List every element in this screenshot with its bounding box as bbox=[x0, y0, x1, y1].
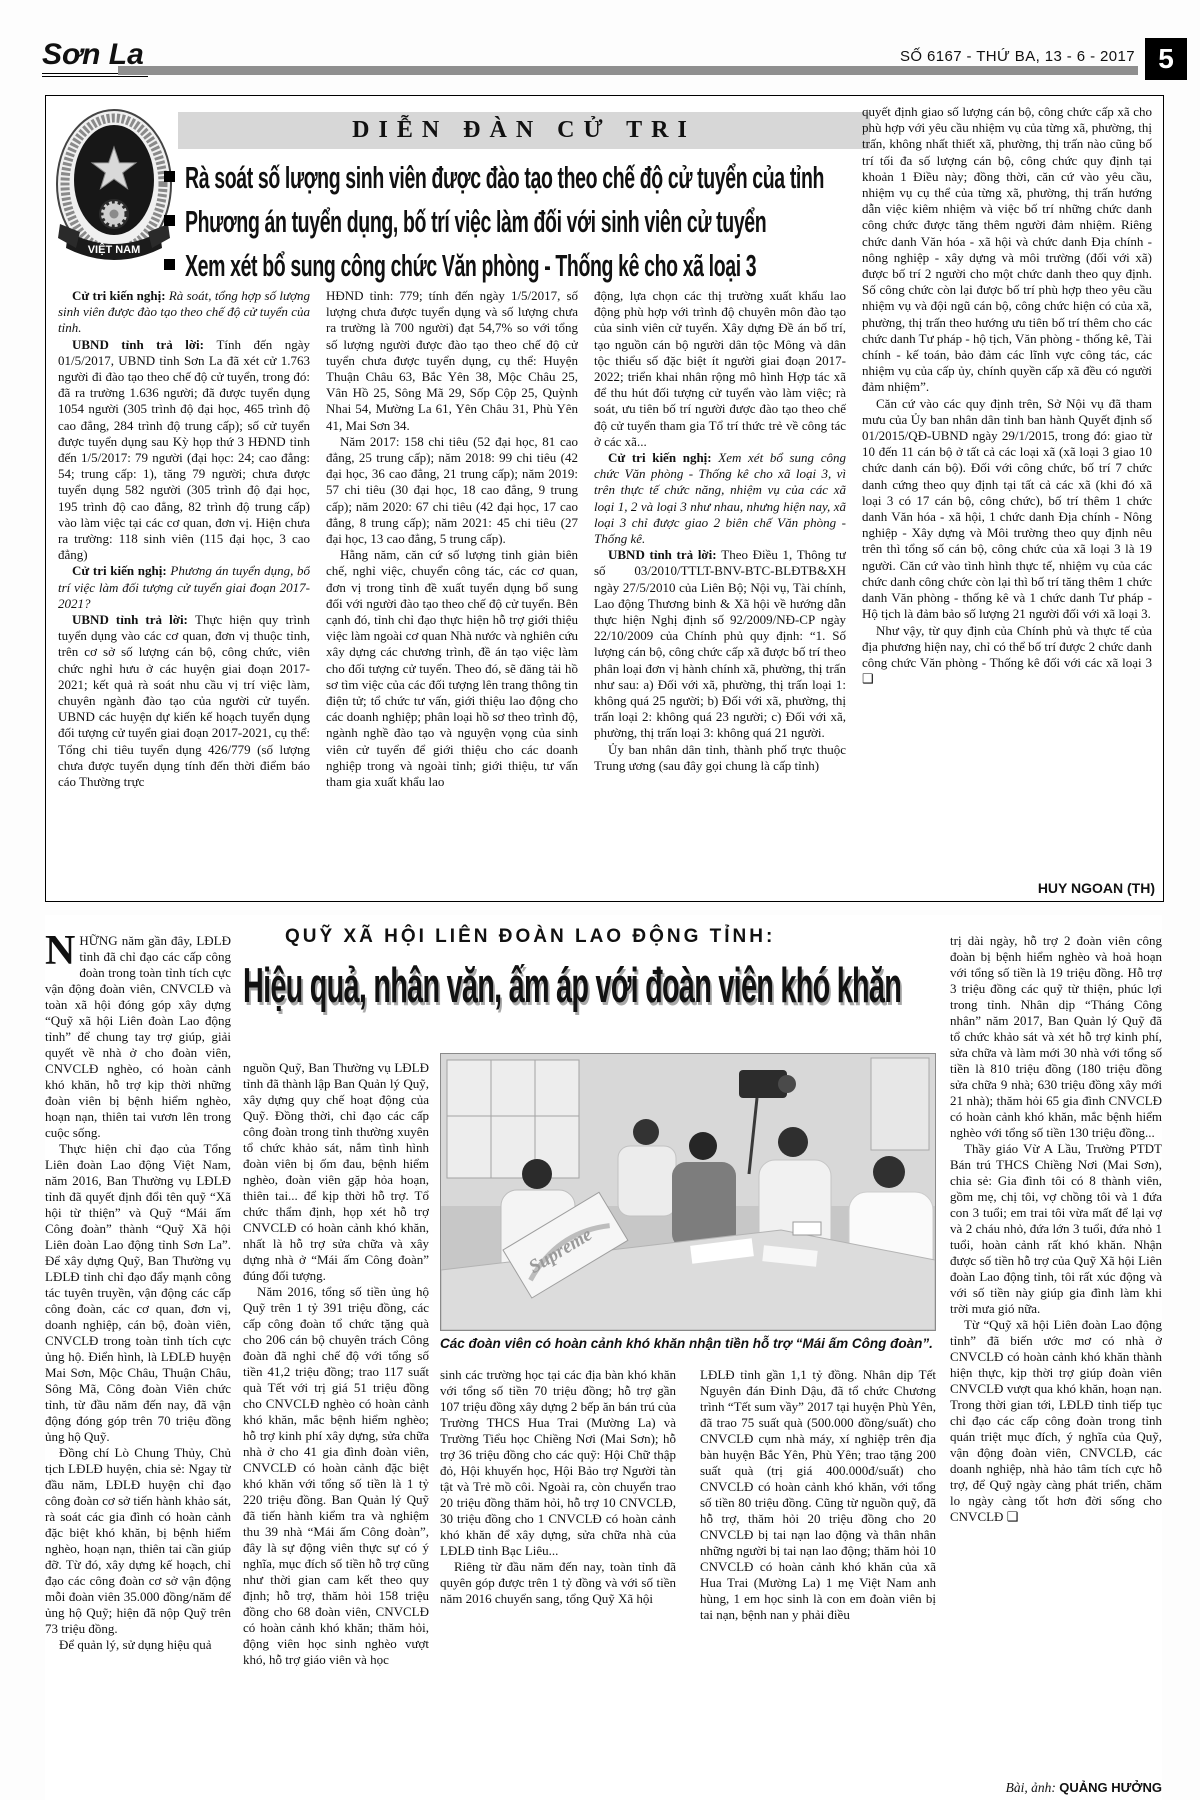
bullet-square-icon bbox=[164, 171, 175, 182]
article2-kicker: QUỸ XÃ HỘI LIÊN ĐOÀN LAO ĐỘNG TỈNH: bbox=[285, 925, 775, 949]
paragraph: trị dài ngày, hỗ trợ 2 đoàn viên công đo… bbox=[950, 933, 1162, 1141]
article2-column-e: trị dài ngày, hỗ trợ 2 đoàn viên công đo… bbox=[950, 933, 1162, 1793]
article2-headline-text: Hiệu quả, nhân văn, ấm áp với đoàn viên … bbox=[243, 947, 901, 1025]
paragraph-text: Hằng năm, căn cứ số lượng tinh giản biên… bbox=[326, 547, 578, 789]
paragraph: Năm 2016, tổng số tiền ủng hộ Quỹ trên 1… bbox=[243, 1284, 429, 1668]
paragraph-text: Đồng chí Lò Chung Thủy, Chủ tịch LĐLĐ hu… bbox=[45, 1445, 231, 1636]
article2-photo: Supreme bbox=[440, 1053, 936, 1331]
paragraph: Năm 2017: 158 chi tiêu (52 đại học, 81 c… bbox=[326, 434, 578, 547]
paragraph: Thầy giáo Vừ A Lầu, Trường PTDT Bán trú … bbox=[950, 1141, 1162, 1317]
paragraph: LĐLĐ tỉnh gần 1,1 tỷ đồng. Nhân dịp Tết … bbox=[700, 1367, 936, 1623]
paragraph: Để quản lý, sử dụng hiệu quả bbox=[45, 1637, 231, 1653]
paragraph: NHỮNG năm gần đây, LĐLĐ tỉnh đã chỉ đạo … bbox=[45, 933, 231, 1141]
bullet-square-icon bbox=[164, 215, 175, 226]
section-title-band: DIỄN ĐÀN CỬ TRI bbox=[178, 112, 870, 149]
section-title: DIỄN ĐÀN CỬ TRI bbox=[352, 117, 696, 143]
paragraph-text: Từ “Quỹ xã hội Liên đoàn Lao động tỉnh” … bbox=[950, 1317, 1162, 1524]
paragraph: Thực hiện chỉ đạo của Tổng Liên đoàn Lao… bbox=[45, 1141, 231, 1445]
paragraph: Từ “Quỹ xã hội Liên đoàn Lao động tỉnh” … bbox=[950, 1317, 1162, 1525]
paragraph-lead: UBND tỉnh trả lời: bbox=[72, 612, 195, 627]
paragraph-text: động, lựa chọn các thị trường xuất khẩu … bbox=[594, 288, 846, 449]
byline-prefix: Bài, ảnh: bbox=[1006, 1780, 1056, 1795]
paragraph-lead: UBND tỉnh trả lời: bbox=[608, 547, 721, 562]
paragraph: nguồn Quỹ, Ban Thường vụ LĐLĐ tỉnh đã th… bbox=[243, 1060, 429, 1284]
headline-bullet: Phương án tuyển dụng, bố trí việc làm đố… bbox=[164, 200, 876, 244]
article-quy-xa-hoi: NHỮNG năm gần đây, LĐLĐ tỉnh đã chỉ đạo … bbox=[45, 915, 1162, 1800]
headline-bullet: Rà soát số lượng sinh viên được đào tạo … bbox=[164, 156, 876, 200]
article2-column-a: NHỮNG năm gần đây, LĐLĐ tỉnh đã chỉ đạo … bbox=[45, 933, 231, 1793]
drop-cap: N bbox=[45, 935, 75, 968]
bullet-square-icon bbox=[164, 259, 175, 270]
paragraph: Riêng từ đầu năm đến nay, toàn tỉnh đã q… bbox=[440, 1559, 676, 1607]
paragraph: UBND tỉnh trả lời: Tính đến ngày 01/5/20… bbox=[58, 337, 310, 564]
paragraph-text: Ủy ban nhân dân tỉnh, thành phố trực thu… bbox=[594, 742, 846, 773]
paragraph-text: Riêng từ đầu năm đến nay, toàn tỉnh đã q… bbox=[440, 1559, 676, 1606]
page-number: 5 bbox=[1145, 38, 1187, 80]
paragraph: UBND tỉnh trả lời: Theo Điều 1, Thông tư… bbox=[594, 547, 846, 741]
paragraph-text: Năm 2016, tổng số tiền ủng hộ Quỹ trên 1… bbox=[243, 1284, 429, 1667]
article2-column-c: sinh các trường học tại các địa bàn khó … bbox=[440, 1367, 676, 1795]
paragraph-text: quyết định giao số lượng cán bộ, công ch… bbox=[862, 104, 1152, 394]
photo-illustration: Supreme bbox=[441, 1054, 935, 1330]
paragraph: quyết định giao số lượng cán bộ, công ch… bbox=[862, 104, 1152, 396]
paragraph: Cử tri kiến nghị: Phương án tuyển dụng, … bbox=[58, 563, 310, 612]
photo-caption: Các đoàn viên có hoàn cảnh khó khăn nhận… bbox=[440, 1335, 936, 1352]
paragraph-text: sinh các trường học tại các địa bàn khó … bbox=[440, 1367, 676, 1558]
header-rule bbox=[118, 66, 1138, 75]
paragraph-lead: UBND tỉnh trả lời: bbox=[72, 337, 216, 352]
paragraph-text: Căn cứ vào các quy định trên, Sở Nội vụ … bbox=[862, 396, 1152, 622]
paragraph-text: Tính đến ngày 01/5/2017, UBND tỉnh Sơn L… bbox=[58, 337, 310, 563]
vietnam-emblem-icon: VIỆT NAM bbox=[54, 106, 174, 272]
article2-column-b: nguồn Quỹ, Ban Thường vụ LĐLĐ tỉnh đã th… bbox=[243, 1060, 429, 1792]
paragraph-lead: Cử tri kiến nghị: bbox=[72, 288, 169, 303]
issue-date: SỐ 6167 - THỨ BA, 13 - 6 - 2017 bbox=[0, 48, 1135, 66]
vietnam-emblem-icon: VIỆT NAM bbox=[54, 106, 174, 272]
paragraph-text: Theo Điều 1, Thông tư số 03/2010/TTLT-BN… bbox=[594, 547, 846, 740]
article2-byline: Bài, ảnh: QUẢNG HƯỞNG bbox=[998, 1780, 1162, 1796]
paragraph-text: Thầy giáo Vừ A Lầu, Trường PTDT Bán trú … bbox=[950, 1141, 1162, 1316]
paragraph: Cử tri kiến nghị: Xem xét bổ sung công c… bbox=[594, 450, 846, 547]
paragraph-text: trị dài ngày, hỗ trợ 2 đoàn viên công đo… bbox=[950, 933, 1162, 1140]
article1-column-1: Cử tri kiến nghị: Rà soát, tổng hợp số l… bbox=[58, 288, 310, 894]
paragraph: Như vậy, từ quy định của Chính phủ và th… bbox=[862, 623, 1152, 688]
article2-column-d: LĐLĐ tỉnh gần 1,1 tỷ đồng. Nhân dịp Tết … bbox=[700, 1367, 936, 1795]
paragraph-text: Thực hiện quy trình tuyển dụng vào các c… bbox=[58, 612, 310, 789]
paragraph-text: LĐLĐ tỉnh gần 1,1 tỷ đồng. Nhân dịp Tết … bbox=[700, 1367, 936, 1622]
article1-column-2: HĐND tỉnh: 779; tính đến ngày 1/5/2017, … bbox=[326, 288, 578, 894]
paragraph: UBND tỉnh trả lời: Thực hiện quy trình t… bbox=[58, 612, 310, 790]
paragraph-lead: Cử tri kiến nghị: bbox=[608, 450, 718, 465]
paragraph: động, lựa chọn các thị trường xuất khẩu … bbox=[594, 288, 846, 450]
paragraph-text: Thực hiện chỉ đạo của Tổng Liên đoàn Lao… bbox=[45, 1141, 231, 1444]
article1-column-3: động, lựa chọn các thị trường xuất khẩu … bbox=[594, 288, 846, 894]
paragraph-text: nguồn Quỹ, Ban Thường vụ LĐLĐ tỉnh đã th… bbox=[243, 1060, 429, 1283]
article-dien-dan-cu-tri: VIỆT NAM DIỄN ĐÀN CỬ TRI Rà soát số lượn… bbox=[45, 95, 1164, 902]
paragraph: Hằng năm, căn cứ số lượng tinh giản biên… bbox=[326, 547, 578, 790]
paragraph: sinh các trường học tại các địa bàn khó … bbox=[440, 1367, 676, 1559]
paragraph: Ủy ban nhân dân tỉnh, thành phố trực thu… bbox=[594, 742, 846, 774]
paragraph: Cử tri kiến nghị: Rà soát, tổng hợp số l… bbox=[58, 288, 310, 337]
headline-text: Xem xét bổ sung công chức Văn phòng - Th… bbox=[185, 239, 756, 291]
article2-headline: Hiệu quả, nhân văn, ấm áp với đoàn viên … bbox=[243, 955, 983, 1021]
headline-bullet: Xem xét bổ sung công chức Văn phòng - Th… bbox=[164, 244, 876, 288]
paragraph: HĐND tỉnh: 779; tính đến ngày 1/5/2017, … bbox=[326, 288, 578, 434]
emblem-banner-label: VIỆT NAM bbox=[88, 243, 141, 256]
paragraph-text: HĐND tỉnh: 779; tính đến ngày 1/5/2017, … bbox=[326, 288, 578, 433]
article1-column-4: quyết định giao số lượng cán bộ, công ch… bbox=[862, 104, 1152, 894]
paragraph-text: Như vậy, từ quy định của Chính phủ và th… bbox=[862, 623, 1152, 687]
paragraph: Đồng chí Lò Chung Thủy, Chủ tịch LĐLĐ hu… bbox=[45, 1445, 231, 1637]
paragraph-text: Năm 2017: 158 chi tiêu (52 đại học, 81 c… bbox=[326, 434, 578, 546]
paragraph: Căn cứ vào các quy định trên, Sở Nội vụ … bbox=[862, 396, 1152, 623]
article1-author: HUY NGOAN (TH) bbox=[1030, 879, 1155, 897]
paragraph-text: Để quản lý, sử dụng hiệu quả bbox=[59, 1637, 212, 1652]
byline-name: QUẢNG HƯỞNG bbox=[1059, 1780, 1162, 1795]
paragraph-lead: Cử tri kiến nghị: bbox=[72, 563, 170, 578]
headline-bullets: Rà soát số lượng sinh viên được đào tạo … bbox=[164, 156, 876, 288]
